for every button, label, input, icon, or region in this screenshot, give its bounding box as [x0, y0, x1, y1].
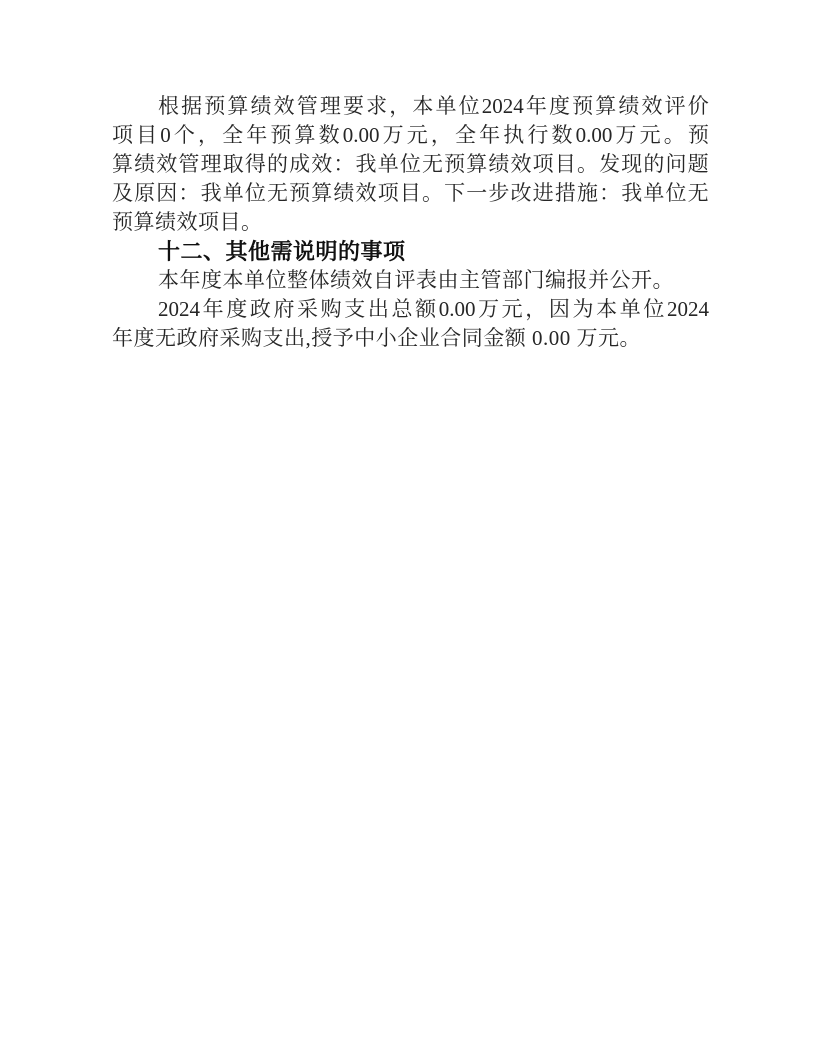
text-line: 项目0个，全年预算数0.00万元，全年执行数0.00万元。预 — [112, 121, 709, 150]
glyph: 的 — [267, 150, 288, 179]
glyph: 效 — [156, 150, 177, 179]
glyph: 管 — [178, 150, 199, 179]
glyph: 。 — [664, 121, 685, 150]
glyph: 原 — [134, 179, 155, 208]
glyph: 采 — [297, 295, 318, 324]
glyph: 2024 — [667, 295, 709, 324]
glyph: 绩 — [134, 150, 155, 179]
glyph: 预 — [204, 92, 225, 121]
glyph: 万 — [616, 121, 637, 150]
glyph: 项 — [533, 150, 554, 179]
glyph: 0.00 — [439, 295, 476, 324]
glyph: ： — [333, 150, 354, 179]
glyph: 年 — [479, 121, 500, 150]
glyph: 元 — [407, 121, 428, 150]
glyph: 购 — [321, 295, 342, 324]
glyph: 题 — [688, 150, 709, 179]
glyph: 万 — [383, 121, 404, 150]
glyph: 我 — [356, 150, 377, 179]
glyph: 算 — [466, 150, 487, 179]
glyph: 现 — [621, 150, 642, 179]
glyph: 求 — [366, 92, 387, 121]
glyph: 预 — [444, 150, 465, 179]
glyph: 元 — [502, 295, 523, 324]
text-line: 本年度本单位整体绩效自评表由主管部门编报并公开。 — [112, 266, 709, 295]
glyph: 预 — [289, 179, 310, 208]
glyph: 位 — [459, 92, 480, 121]
glyph: 施 — [577, 179, 598, 208]
glyph: 算 — [295, 121, 316, 150]
glyph: 项 — [378, 179, 399, 208]
glyph: 成 — [289, 150, 310, 179]
glyph: 问 — [666, 150, 687, 179]
glyph: 算 — [595, 92, 616, 121]
glyph: ， — [198, 121, 219, 150]
section-heading: 十二、其他需说明的事项 — [112, 237, 709, 266]
glyph: 位 — [643, 295, 664, 324]
glyph: 位 — [245, 179, 266, 208]
glyph: 效 — [642, 92, 663, 121]
glyph: 进 — [533, 179, 554, 208]
glyph: 2024 — [482, 92, 524, 121]
glyph: 算 — [227, 92, 248, 121]
glyph: 元 — [640, 121, 661, 150]
glyph: 为 — [573, 295, 594, 324]
glyph: 额 — [415, 295, 436, 324]
glyph: 年 — [203, 295, 224, 324]
glyph: ， — [389, 92, 410, 121]
glyph: 目 — [555, 150, 576, 179]
glyph: 下 — [444, 179, 465, 208]
document-body: 根据预算绩效管理要求，本单位2024年度预算绩效评价项目0个，全年预算数0.00… — [112, 92, 709, 353]
glyph: 个 — [174, 121, 195, 150]
glyph: 政 — [250, 295, 271, 324]
glyph: ： — [178, 179, 199, 208]
glyph: 价 — [688, 92, 709, 121]
glyph: 无 — [688, 179, 709, 208]
glyph: 行 — [527, 121, 548, 150]
glyph: 单 — [378, 150, 399, 179]
glyph: 措 — [555, 179, 576, 208]
glyph: ， — [431, 121, 452, 150]
glyph: 本 — [412, 92, 433, 121]
glyph: 我 — [621, 179, 642, 208]
glyph: 年 — [526, 92, 547, 121]
glyph: 全 — [455, 121, 476, 150]
glyph: 度 — [549, 92, 570, 121]
glyph: 度 — [226, 295, 247, 324]
glyph: 绩 — [251, 92, 272, 121]
glyph: 目 — [400, 179, 421, 208]
glyph: 0.00 — [343, 121, 380, 150]
glyph: 单 — [223, 179, 244, 208]
glyph: 0.00 — [576, 121, 613, 150]
glyph: 年 — [246, 121, 267, 150]
document-page: 根据预算绩效管理要求，本单位2024年度预算绩效评价项目0个，全年预算数0.00… — [0, 0, 816, 1056]
glyph: 因 — [156, 179, 177, 208]
glyph: 出 — [368, 295, 389, 324]
glyph: 我 — [201, 179, 222, 208]
glyph: 要 — [343, 92, 364, 121]
glyph: 本 — [596, 295, 617, 324]
glyph: 步 — [488, 179, 509, 208]
glyph: 数 — [319, 121, 340, 150]
glyph: 管 — [297, 92, 318, 121]
glyph: 因 — [549, 295, 570, 324]
glyph: 发 — [599, 150, 620, 179]
glyph: 的 — [643, 150, 664, 179]
glyph: 效 — [511, 150, 532, 179]
glyph: 预 — [688, 121, 709, 150]
glyph: 一 — [466, 179, 487, 208]
glyph: 单 — [620, 295, 641, 324]
glyph: 无 — [422, 150, 443, 179]
glyph: 2024 — [158, 295, 200, 324]
glyph: 府 — [273, 295, 294, 324]
glyph: 总 — [391, 295, 412, 324]
glyph: 绩 — [618, 92, 639, 121]
glyph: 数 — [552, 121, 573, 150]
glyph: 理 — [320, 92, 341, 121]
glyph: 预 — [572, 92, 593, 121]
glyph: 0 — [160, 121, 171, 150]
glyph: 无 — [267, 179, 288, 208]
glyph: 全 — [222, 121, 243, 150]
glyph: 单 — [643, 179, 664, 208]
glyph: 得 — [245, 150, 266, 179]
glyph: 效 — [274, 92, 295, 121]
glyph: 项 — [112, 121, 133, 150]
text-line: 年度无政府采购支出,授予中小企业合同金额 0.00 万元。 — [112, 324, 709, 353]
glyph: 效 — [311, 150, 332, 179]
glyph: 支 — [344, 295, 365, 324]
glyph: ， — [525, 295, 546, 324]
glyph: 算 — [112, 150, 133, 179]
glyph: 目 — [136, 121, 157, 150]
glyph: 位 — [666, 179, 687, 208]
glyph: 取 — [223, 150, 244, 179]
text-line: 算绩效管理取得的成效：我单位无预算绩效项目。发现的问题 — [112, 150, 709, 179]
glyph: 万 — [478, 295, 499, 324]
glyph: 预 — [270, 121, 291, 150]
glyph: 及 — [112, 179, 133, 208]
glyph: 根 — [158, 92, 179, 121]
glyph: 绩 — [488, 150, 509, 179]
glyph: 据 — [181, 92, 202, 121]
text-line: 2024年度政府采购支出总额0.00万元，因为本单位2024 — [112, 295, 709, 324]
glyph: 绩 — [333, 179, 354, 208]
text-line: 根据预算绩效管理要求，本单位2024年度预算绩效评价 — [112, 92, 709, 121]
glyph: 单 — [436, 92, 457, 121]
glyph: 评 — [665, 92, 686, 121]
glyph: 改 — [511, 179, 532, 208]
glyph: 算 — [311, 179, 332, 208]
glyph: 理 — [201, 150, 222, 179]
glyph: 。 — [422, 179, 443, 208]
glyph: 效 — [356, 179, 377, 208]
text-line: 预算绩效项目。 — [112, 208, 709, 237]
glyph: 。 — [577, 150, 598, 179]
glyph: 执 — [503, 121, 524, 150]
glyph: ： — [599, 179, 620, 208]
glyph: 位 — [400, 150, 421, 179]
text-line: 及原因：我单位无预算绩效项目。下一步改进措施：我单位无 — [112, 179, 709, 208]
